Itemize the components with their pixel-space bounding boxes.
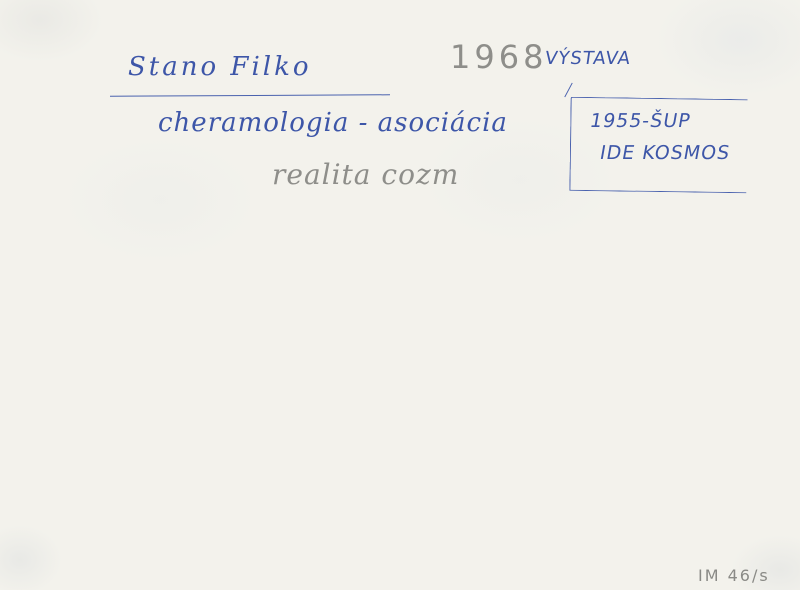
annotation-line-3: realita cozm (272, 158, 459, 191)
author-name: Stano Filko (128, 52, 312, 82)
boxed-note-line-2: IDE KOSMOS (598, 142, 732, 164)
exhibition-label: VÝSTAVA (544, 48, 633, 69)
annotation-line-2: cheramologia - asociácia (158, 108, 508, 138)
inventory-number: IM 46/s (698, 566, 770, 585)
year-annotation: 1968 (450, 38, 547, 76)
paper-background (0, 0, 800, 590)
boxed-note-line-1: 1955-ŠUP (588, 110, 693, 132)
